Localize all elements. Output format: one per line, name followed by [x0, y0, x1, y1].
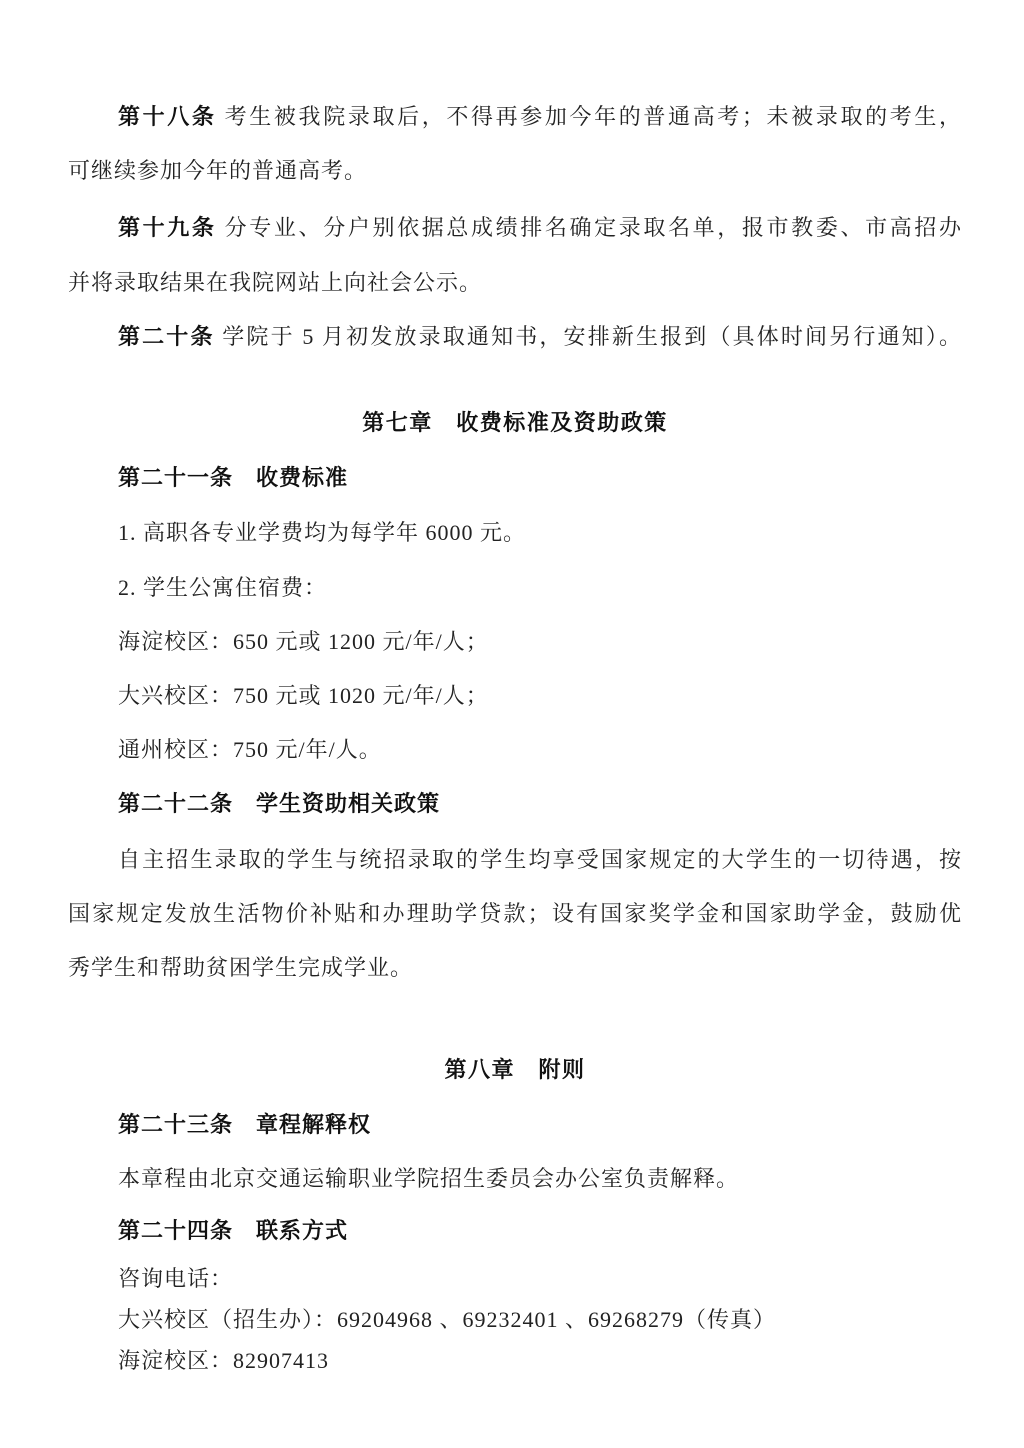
- bold-text-segment: 第二十四条 联系方式: [118, 1218, 348, 1243]
- text-segment: 国家规定发放生活物价补贴和办理助学贷款；设有国家奖学金和国家助学金，鼓励优: [68, 901, 962, 926]
- paragraph-line: 自主招生录取的学生与统招录取的学生均享受国家规定的大学生的一切待遇，按: [68, 845, 962, 875]
- paragraph-line: 大兴校区：750 元或 1020 元/年/人；: [68, 681, 962, 711]
- contact-line: 大兴校区（招生办）：69204968 、69232401 、69268279（传…: [68, 1305, 962, 1335]
- bold-text-segment: 第八章 附则: [444, 1057, 585, 1082]
- paragraph-line: 第二十条 学院于 5 月初发放录取通知书，安排新生报到（具体时间另行通知）。: [68, 322, 962, 352]
- contact-line: 海淀校区：82907413: [68, 1346, 962, 1376]
- document-page: 第十八条 考生被我院录取后，不得再参加今年的普通高考；未被录取的考生，可继续参加…: [0, 0, 1024, 1448]
- bold-text-segment: 第二十一条 收费标准: [118, 465, 348, 490]
- chapter-heading: 第八章 附则: [68, 1055, 962, 1085]
- article-heading: 第二十四条 联系方式: [68, 1216, 962, 1246]
- text-segment: 自主招生录取的学生与统招录取的学生均享受国家规定的大学生的一切待遇，按: [118, 847, 962, 872]
- contact-line: 咨询电话：: [68, 1264, 962, 1294]
- paragraph-line: 本章程由北京交通运输职业学院招生委员会办公室负责解释。: [68, 1164, 962, 1194]
- article-heading: 第二十二条 学生资助相关政策: [68, 789, 962, 819]
- bold-text-segment: 第十九条: [118, 215, 217, 240]
- paragraph-line: 1. 高职各专业学费均为每学年 6000 元。: [68, 518, 962, 548]
- paragraph-line: 第十八条 考生被我院录取后，不得再参加今年的普通高考；未被录取的考生，: [68, 102, 962, 132]
- paragraph-line: 第十九条 分专业、分户别依据总成绩排名确定录取名单，报市教委、市高招办: [68, 213, 962, 243]
- text-segment: 1. 高职各专业学费均为每学年 6000 元。: [118, 520, 526, 545]
- article-heading: 第二十三条 章程解释权: [68, 1110, 962, 1140]
- paragraph-line: 2. 学生公寓住宿费：: [68, 573, 962, 603]
- text-segment: 通州校区：750 元/年/人。: [118, 737, 382, 762]
- paragraph-line: 并将录取结果在我院网站上向社会公示。: [68, 268, 962, 298]
- text-segment: 2. 学生公寓住宿费：: [118, 575, 327, 600]
- article-heading: 第二十一条 收费标准: [68, 463, 962, 493]
- paragraph-line: 通州校区：750 元/年/人。: [68, 735, 962, 765]
- bold-text-segment: 第十八条: [118, 104, 217, 129]
- text-segment: 咨询电话：: [118, 1266, 233, 1291]
- text-segment: 秀学生和帮助贫困学生完成学业。: [68, 955, 413, 980]
- paragraph-line: 秀学生和帮助贫困学生完成学业。: [68, 953, 962, 983]
- text-segment: 大兴校区（招生办）：69204968 、69232401 、69268279（传…: [118, 1307, 776, 1332]
- text-segment: 学院于 5 月初发放录取通知书，安排新生报到（具体时间另行通知）。: [215, 324, 962, 349]
- text-segment: 海淀校区：650 元或 1200 元/年/人；: [118, 629, 489, 654]
- text-segment: 考生被我院录取后，不得再参加今年的普通高考；未被录取的考生，: [217, 104, 962, 129]
- paragraph-line: 国家规定发放生活物价补贴和办理助学贷款；设有国家奖学金和国家助学金，鼓励优: [68, 899, 962, 929]
- bold-text-segment: 第二十三条 章程解释权: [118, 1112, 371, 1137]
- bold-text-segment: 第二十二条 学生资助相关政策: [118, 791, 440, 816]
- text-segment: 海淀校区：82907413: [118, 1348, 329, 1373]
- text-segment: 大兴校区：750 元或 1020 元/年/人；: [118, 683, 489, 708]
- paragraph-line: 海淀校区：650 元或 1200 元/年/人；: [68, 627, 962, 657]
- paragraph-line: 可继续参加今年的普通高考。: [68, 156, 962, 186]
- bold-text-segment: 第七章 收费标准及资助政策: [362, 410, 668, 435]
- text-segment: 并将录取结果在我院网站上向社会公示。: [68, 270, 482, 295]
- page-content: 第十八条 考生被我院录取后，不得再参加今年的普通高考；未被录取的考生，可继续参加…: [68, 0, 962, 1448]
- text-segment: 可继续参加今年的普通高考。: [68, 158, 367, 183]
- text-segment: 本章程由北京交通运输职业学院招生委员会办公室负责解释。: [118, 1166, 739, 1191]
- text-segment: 分专业、分户别依据总成绩排名确定录取名单，报市教委、市高招办: [217, 215, 962, 240]
- bold-text-segment: 第二十条: [118, 324, 215, 349]
- chapter-heading: 第七章 收费标准及资助政策: [68, 408, 962, 438]
